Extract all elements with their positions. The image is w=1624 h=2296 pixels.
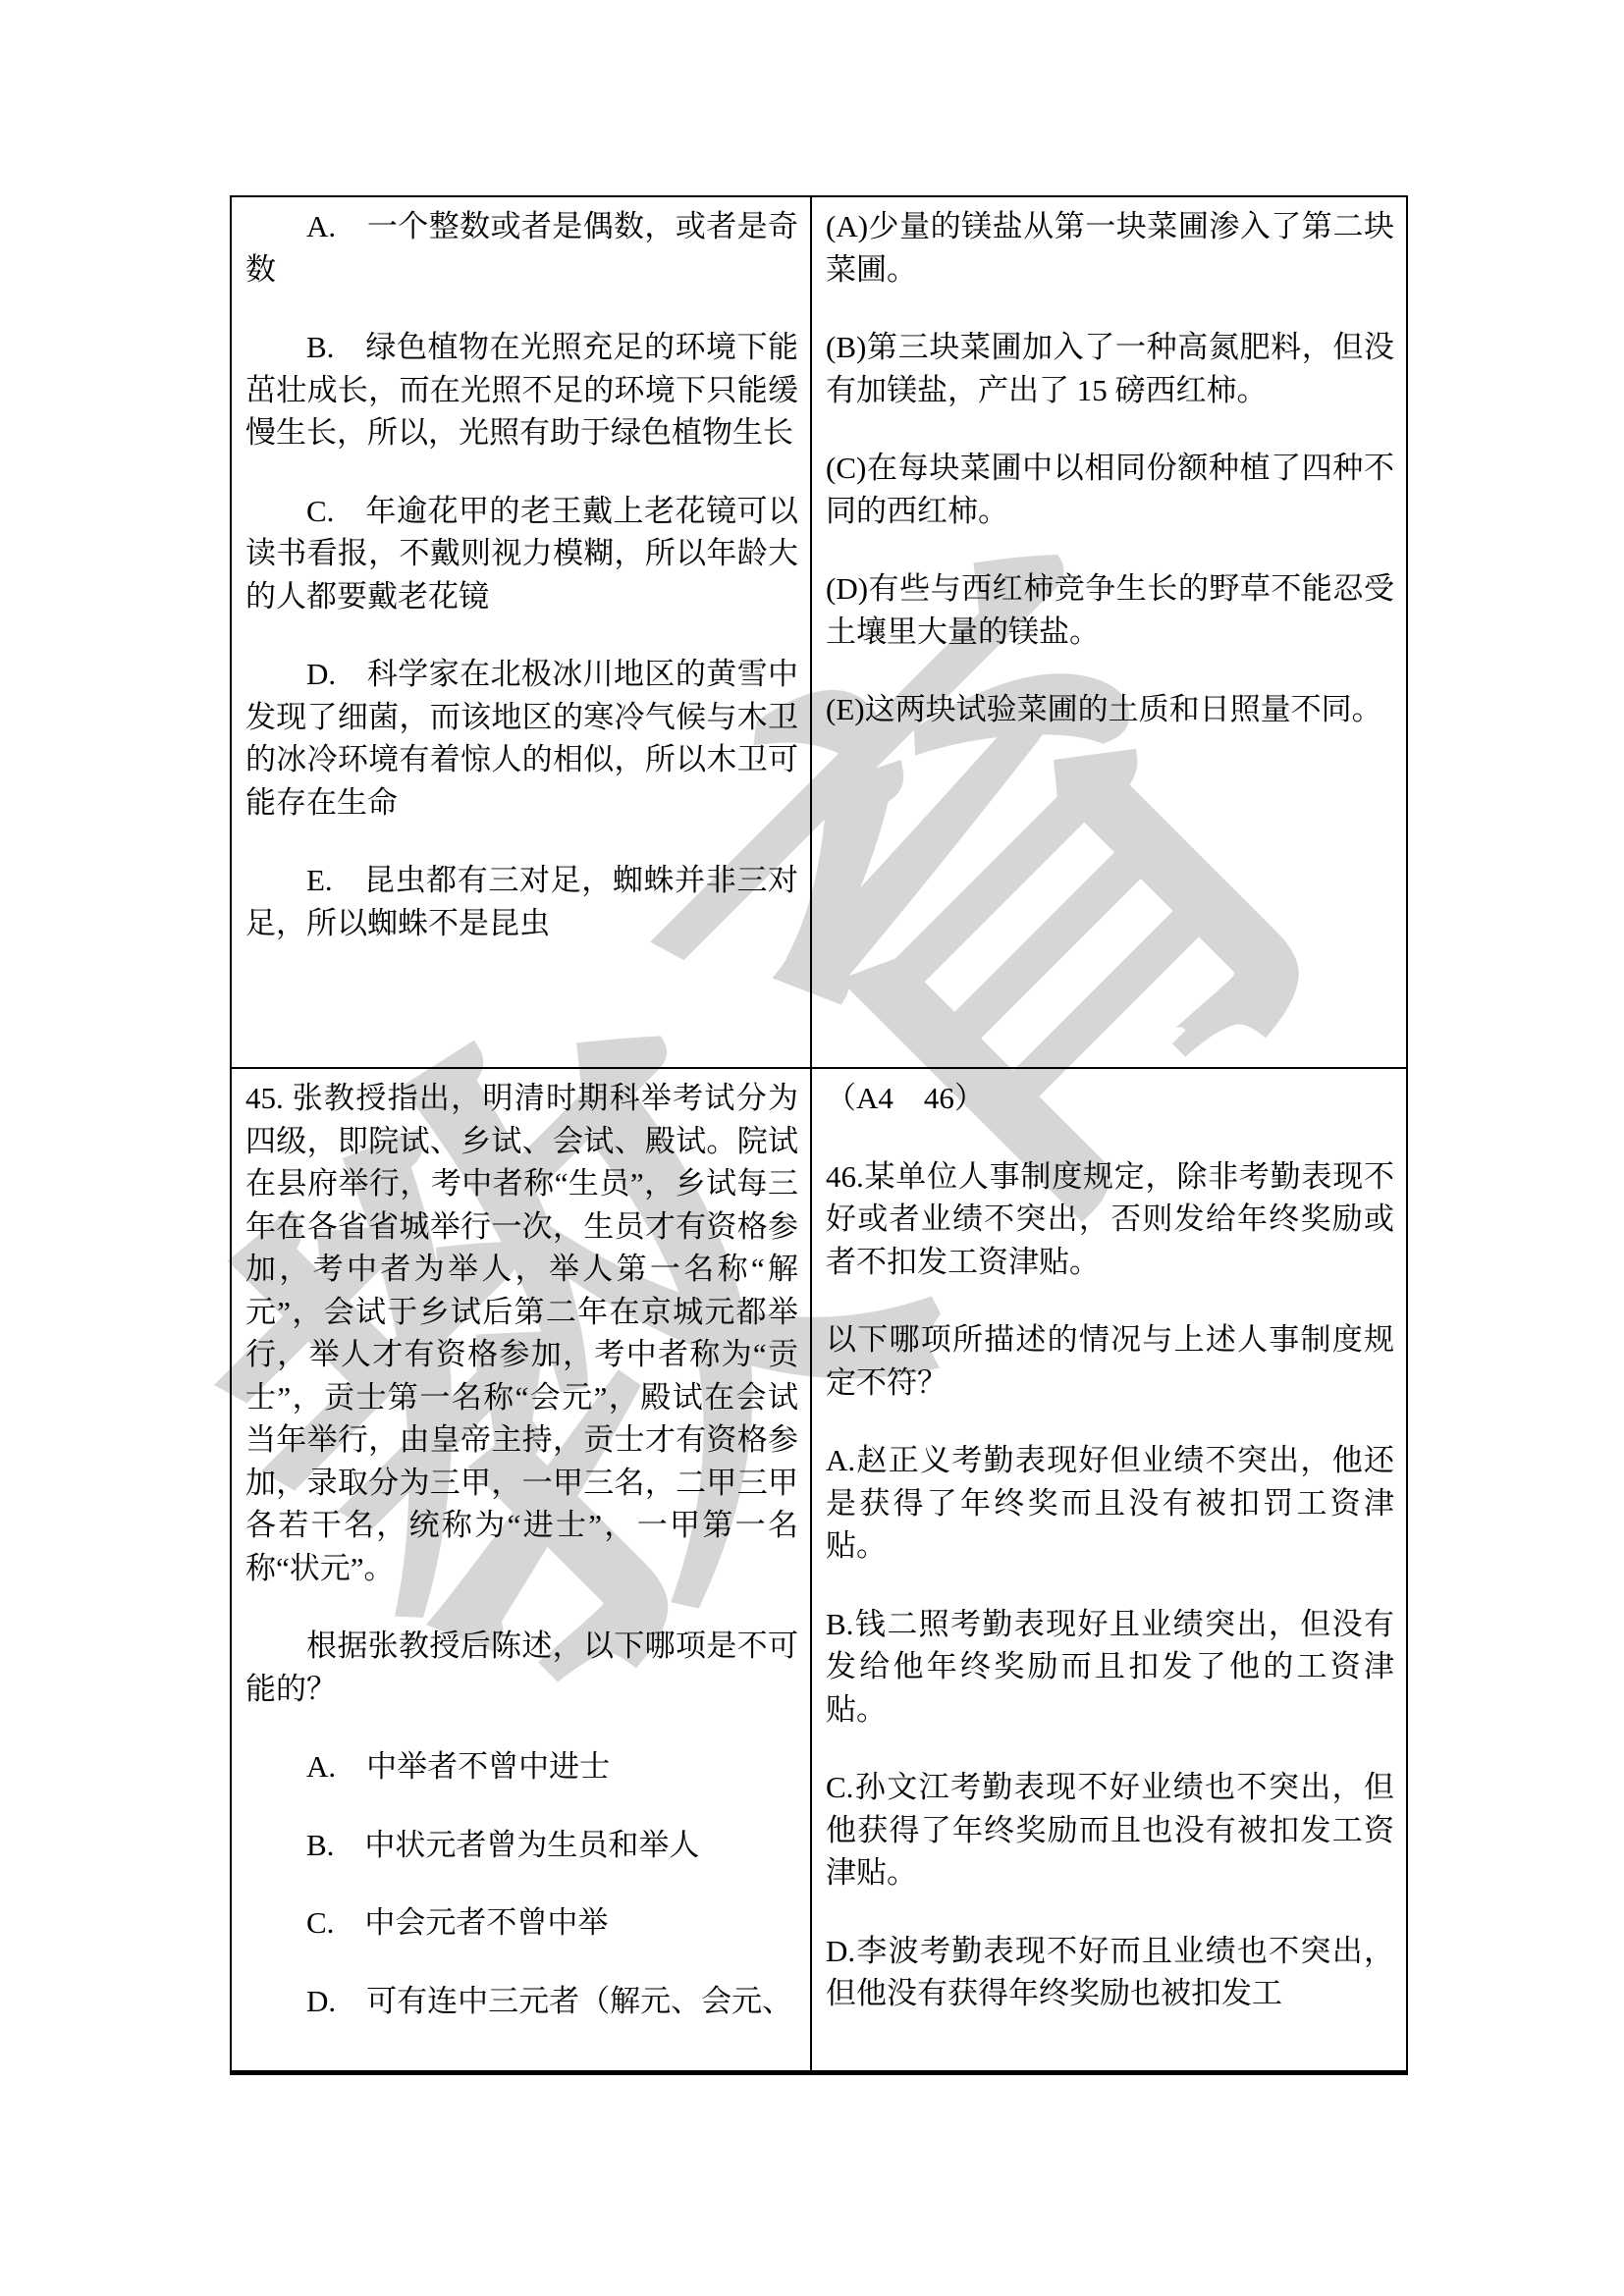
question-46-tag: （A4 46）: [826, 1077, 1394, 1120]
question-46-option-d: D.李波考勤表现不好而且业绩也不突出，但他没有获得年终奖励也被扣发工: [826, 1930, 1394, 2015]
choice-d: (D)有些与西红柿竞争生长的野草不能忍受土壤里大量的镁盐。: [826, 567, 1394, 653]
cell-choices-a-e: (A)少量的镁盐从第一块菜圃渗入了第二块菜圃。 (B)第三块菜圃加入了一种高氮肥…: [812, 197, 1406, 1069]
question-45-option-d: D. 可有连中三元者（解元、会元、: [245, 1980, 798, 2023]
option-b: B. 绿色植物在光照充足的环境下能茁壮成长，而在光照不足的环境下只能缓慢生长，所…: [245, 326, 798, 454]
option-a: A. 一个整数或者是偶数，或者是奇数: [245, 205, 798, 291]
question-table: A. 一个整数或者是偶数，或者是奇数 B. 绿色植物在光照充足的环境下能茁壮成长…: [230, 195, 1408, 2075]
cell-question-45: 45. 张教授指出，明清时期科举考试分为四级，即院试、乡试、会试、殿试。院试在县…: [232, 1069, 812, 2070]
question-46-option-b: B.钱二照考勤表现好且业绩突出，但没有发给他年终奖励而且扣发了他的工资津贴。: [826, 1603, 1394, 1732]
choice-e: (E)这两块试验菜圃的土质和日照量不同。: [826, 688, 1394, 731]
choice-c: (C)在每块菜圃中以相同份额种植了四种不同的西红柿。: [826, 447, 1394, 532]
option-e: E. 昆虫都有三对足，蜘蛛并非三对足，所以蜘蛛不是昆虫: [245, 859, 798, 944]
choice-b: (B)第三块菜圃加入了一种高氮肥料，但没有加镁盐，产出了 15 磅西红柿。: [826, 326, 1394, 411]
question-45-prompt: 根据张教授后陈述，以下哪项是不可能的？: [245, 1625, 798, 1710]
question-45-option-b: B. 中状元者曾为生员和举人: [245, 1824, 798, 1867]
question-45-option-c: C. 中会元者不曾中举: [245, 1901, 798, 1945]
question-45-option-a: A. 中举者不曾中进士: [245, 1745, 798, 1789]
question-46-option-c: C.孙文江考勤表现不好业绩也不突出，但他获得了年终奖励而且也没有被扣发工资津贴。: [826, 1766, 1394, 1895]
cell-q44-options: A. 一个整数或者是偶数，或者是奇数 B. 绿色植物在光照充足的环境下能茁壮成长…: [232, 197, 812, 1069]
choice-a: (A)少量的镁盐从第一块菜圃渗入了第二块菜圃。: [826, 205, 1394, 291]
option-d: D. 科学家在北极冰川地区的黄雪中发现了细菌，而该地区的寒冷气候与木卫的冰冷环境…: [245, 653, 798, 824]
question-46-option-a: A.赵正义考勤表现好但业绩不突出，他还是获得了年终奖而且没有被扣罚工资津贴。: [826, 1439, 1394, 1568]
question-46-prompt: 以下哪项所描述的情况与上述人事制度规定不符？: [826, 1318, 1394, 1404]
cell-question-46: （A4 46） 46.某单位人事制度规定，除非考勤表现不好或者业绩不突出，否则发…: [812, 1069, 1406, 2070]
question-46-stem: 46.某单位人事制度规定，除非考勤表现不好或者业绩不突出，否则发给年终奖励或者不…: [826, 1155, 1394, 1284]
question-45-stem: 45. 张教授指出，明清时期科举考试分为四级，即院试、乡试、会试、殿试。院试在县…: [245, 1077, 798, 1589]
option-c: C. 年逾花甲的老王戴上老花镜可以读书看报，不戴则视力模糊，所以年龄大的人都要戴…: [245, 490, 798, 618]
exam-page: 教育 A. 一个整数或者是偶数，或者是奇数 B. 绿色植物在光照充足的环境下能茁…: [0, 0, 1624, 2296]
